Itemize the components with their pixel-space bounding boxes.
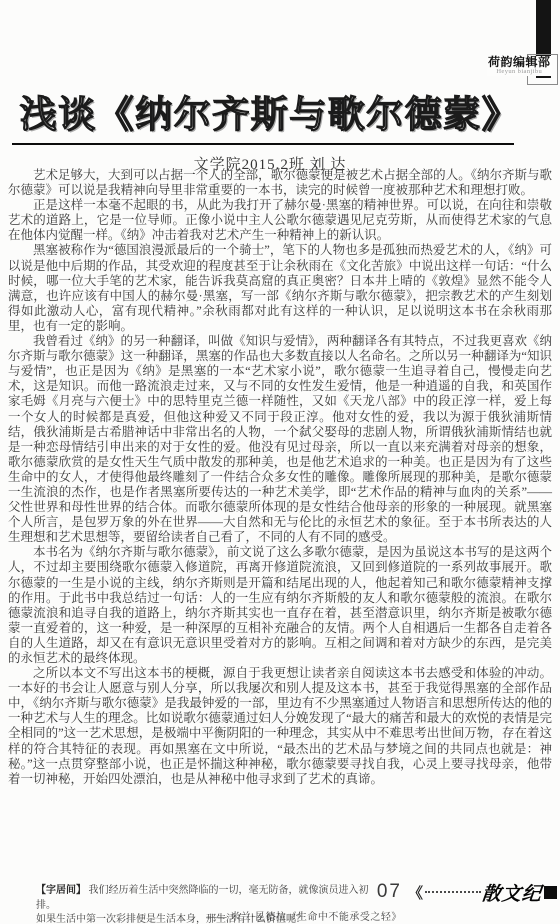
paragraph-3: 黑塞被称作为“德国浪漫派最后的一个骑士”，笔下的人物也多是孤独而热爱艺术的人，《… (8, 243, 552, 334)
section-name: 散文纪 (481, 879, 544, 906)
paragraph-6: 之所以本文不写出这本书的梗概，源自于我更想让读者亲自阅读这本书去感受和体验的冲动… (8, 666, 552, 787)
section-end-square-icon (544, 886, 557, 899)
title-divider (12, 143, 514, 145)
footer-quote-text-1: 我们经历着生活中突然降临的一切，毫无防备，就像演员进入初排。 (36, 885, 369, 911)
editorial-department-pinyin: Heyun bianjibu (488, 69, 551, 76)
paragraph-4: 我曾看过《纳》的另一种翻译，叫做《知识与爱情》，两种翻译各有其特点，不过我更喜欢… (8, 334, 552, 545)
editorial-department-name: 荷韵编辑部 (488, 56, 551, 68)
masthead-label: 荷韵编辑部 Heyun bianjibu (487, 56, 552, 76)
paragraph-1: 艺术足够大，大到可以占据一个人的全部，歌尔德蒙便是被艺术占据全部的人。《纳尔齐斯… (8, 168, 552, 198)
magazine-page: 荷韵编辑部 Heyun bianjibu 浅谈《纳尔齐斯与歌尔德蒙》 文学院20… (0, 0, 560, 924)
page-number: 07 (377, 881, 402, 903)
paragraph-2: 正是这样一本毫不起眼的书，从此为我打开了赫尔曼·黑塞的精神世界。可以说，在向往和… (8, 198, 552, 243)
article-body: 艺术足够大，大到可以占据一个人的全部，歌尔德蒙便是被艺术占据全部的人。《纳尔齐斯… (8, 168, 552, 787)
paragraph-5: 本书名为《纳尔齐斯与歌尔德蒙》，前文说了这么多歌尔德蒙，是因为虽说这本书写的是这… (8, 545, 552, 666)
section-angle-mark: 《 (408, 882, 423, 903)
footer-column-tag: 【字居间】 (36, 885, 86, 896)
dotted-leader (425, 891, 481, 893)
footer-quote-attribution: —— 米兰·昆德拉《生命中不能承受之轻》 (0, 908, 560, 923)
footer-section-block: 07 《 散文纪 (377, 880, 557, 904)
article-title: 浅谈《纳尔齐斯与歌尔德蒙》 (14, 84, 526, 138)
title-block: 浅谈《纳尔齐斯与歌尔德蒙》 文学院2015.2班 刘 达 (14, 84, 526, 174)
